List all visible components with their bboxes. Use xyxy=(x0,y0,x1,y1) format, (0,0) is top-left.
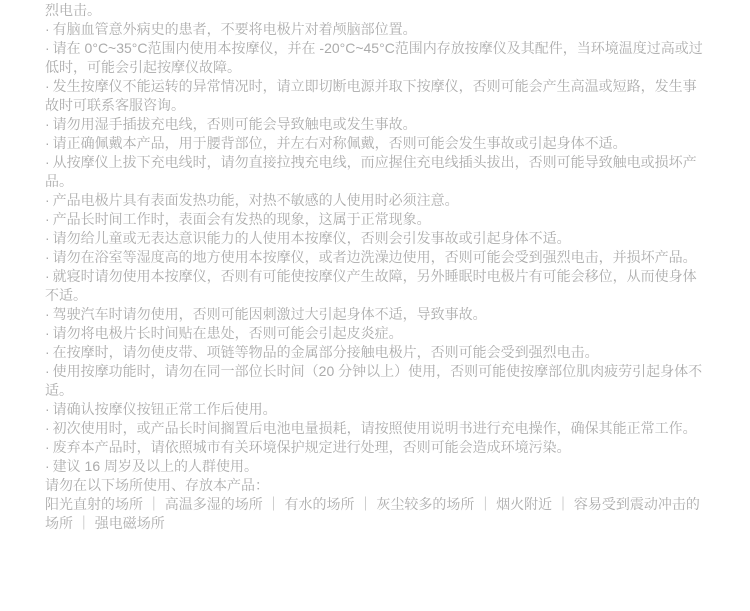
warning-text: 建议 16 周岁及以上的人群使用。 xyxy=(53,458,258,474)
bullet-marker: · xyxy=(45,420,50,436)
warning-text: 请勿给儿童或无表达意识能力的人使用本按摩仪，否则会引发事故或引起身体不适。 xyxy=(53,230,571,246)
warning-item: ·从按摩仪上拔下充电线时，请勿直接拉拽充电线，而应握住充电线插头拔出，否则可能导… xyxy=(45,153,706,191)
warning-item: ·请勿在浴室等湿度高的地方使用本按摩仪，或者边洗澡边使用，否则可能会受到强烈电击… xyxy=(45,248,706,267)
bullet-marker: · xyxy=(45,458,50,474)
bullet-marker: · xyxy=(45,40,50,56)
bullet-marker: · xyxy=(45,78,50,94)
warning-item: ·产品电极片具有表面发热功能，对热不敏感的人使用时必须注意。 xyxy=(45,191,706,210)
warning-item: ·使用按摩功能时，请勿在同一部位长时间（20 分钟以上）使用，否则可能使按摩部位… xyxy=(45,362,706,400)
warning-text: 请在 0°C~35°C范围内使用本按摩仪，并在 -20°C~45°C范围内存放按… xyxy=(45,40,703,75)
warning-text: 初次使用时，或产品长时间搁置后电池电量损耗，请按照使用说明书进行充电操作，确保其… xyxy=(53,420,697,436)
bullet-marker: · xyxy=(45,116,50,132)
bullet-marker: · xyxy=(45,21,50,37)
warning-text: 使用按摩功能时，请勿在同一部位长时间（20 分钟以上）使用，否则可能使按摩部位肌… xyxy=(45,363,702,398)
warning-item: ·产品长时间工作时，表面会有发热的现象，这属于正常现象。 xyxy=(45,210,706,229)
warning-item: ·发生按摩仪不能运转的异常情况时，请立即切断电源并取下按摩仪，否则可能会产生高温… xyxy=(45,77,706,115)
warning-item: ·请勿用湿手插拔充电线，否则可能会导致触电或发生事故。 xyxy=(45,115,706,134)
warning-text: 请确认按摩仪按钮正常工作后使用。 xyxy=(53,401,277,417)
warnings-list: ·有脑血管意外病史的患者，不要将电极片对着颅脑部位置。·请在 0°C~35°C范… xyxy=(45,20,706,476)
safety-notes-document[interactable]: 烈电击。 ·有脑血管意外病史的患者，不要将电极片对着颅脑部位置。·请在 0°C~… xyxy=(0,0,750,611)
warning-text: 请勿用湿手插拔充电线，否则可能会导致触电或发生事故。 xyxy=(53,116,417,132)
bullet-marker: · xyxy=(45,306,50,322)
continuation-text: 烈电击。 xyxy=(45,1,706,20)
warning-text: 产品长时间工作时，表面会有发热的现象，这属于正常现象。 xyxy=(53,211,431,227)
bullet-marker: · xyxy=(45,211,50,227)
warning-item: ·请勿将电极片长时间贴在患处，否则可能会引起皮炎症。 xyxy=(45,324,706,343)
bullet-marker: · xyxy=(45,344,50,360)
bullet-marker: · xyxy=(45,401,50,417)
restricted-places-list: 阳光直射的场所 ｜ 高温多湿的场所 ｜ 有水的场所 ｜ 灰尘较多的场所 ｜ 烟火… xyxy=(45,495,706,533)
restricted-places-title: 请勿在以下场所使用、存放本产品： xyxy=(45,476,706,495)
bullet-marker: · xyxy=(45,363,50,379)
warning-text: 在按摩时，请勿使皮带、项链等物品的金属部分接触电极片，否则可能会受到强烈电击。 xyxy=(53,344,599,360)
warning-text: 有脑血管意外病史的患者，不要将电极片对着颅脑部位置。 xyxy=(53,21,417,37)
bullet-marker: · xyxy=(45,135,50,151)
warning-item: ·在按摩时，请勿使皮带、项链等物品的金属部分接触电极片，否则可能会受到强烈电击。 xyxy=(45,343,706,362)
warning-item: ·请确认按摩仪按钮正常工作后使用。 xyxy=(45,400,706,419)
bullet-marker: · xyxy=(45,268,50,284)
bullet-marker: · xyxy=(45,230,50,246)
warning-text: 废弃本产品时，请依照城市有关环境保护规定进行处理，否则可能会造成环境污染。 xyxy=(53,439,571,455)
warning-item: ·请正确佩戴本产品，用于腰背部位，并左右对称佩戴，否则可能会发生事故或引起身体不… xyxy=(45,134,706,153)
warning-text: 就寝时请勿使用本按摩仪，否则有可能使按摩仪产生故障，另外睡眠时电极片有可能会移位… xyxy=(45,268,697,303)
warning-item: ·就寝时请勿使用本按摩仪，否则有可能使按摩仪产生故障，另外睡眠时电极片有可能会移… xyxy=(45,267,706,305)
warning-item: ·初次使用时，或产品长时间搁置后电池电量损耗，请按照使用说明书进行充电操作，确保… xyxy=(45,419,706,438)
warning-item: ·请勿给儿童或无表达意识能力的人使用本按摩仪，否则会引发事故或引起身体不适。 xyxy=(45,229,706,248)
warning-item: ·请在 0°C~35°C范围内使用本按摩仪，并在 -20°C~45°C范围内存放… xyxy=(45,39,706,77)
bullet-marker: · xyxy=(45,249,50,265)
warning-item: ·有脑血管意外病史的患者，不要将电极片对着颅脑部位置。 xyxy=(45,20,706,39)
warning-text: 发生按摩仪不能运转的异常情况时，请立即切断电源并取下按摩仪，否则可能会产生高温或… xyxy=(45,78,697,113)
bullet-marker: · xyxy=(45,154,50,170)
bullet-marker: · xyxy=(45,192,50,208)
warning-item: ·废弃本产品时，请依照城市有关环境保护规定进行处理，否则可能会造成环境污染。 xyxy=(45,438,706,457)
warning-text: 产品电极片具有表面发热功能，对热不敏感的人使用时必须注意。 xyxy=(53,192,459,208)
warning-text: 从按摩仪上拔下充电线时，请勿直接拉拽充电线，而应握住充电线插头拔出，否则可能导致… xyxy=(45,154,697,189)
warning-text: 请勿在浴室等湿度高的地方使用本按摩仪，或者边洗澡边使用，否则可能会受到强烈电击，… xyxy=(53,249,697,265)
warning-item: ·驾驶汽车时请勿使用，否则可能因刺激过大引起身体不适，导致事故。 xyxy=(45,305,706,324)
warning-text: 驾驶汽车时请勿使用，否则可能因刺激过大引起身体不适，导致事故。 xyxy=(53,306,487,322)
bullet-marker: · xyxy=(45,439,50,455)
warning-text: 请正确佩戴本产品，用于腰背部位，并左右对称佩戴，否则可能会发生事故或引起身体不适… xyxy=(53,135,627,151)
warning-item: ·建议 16 周岁及以上的人群使用。 xyxy=(45,457,706,476)
warning-text: 请勿将电极片长时间贴在患处，否则可能会引起皮炎症。 xyxy=(53,325,403,341)
bullet-marker: · xyxy=(45,325,50,341)
